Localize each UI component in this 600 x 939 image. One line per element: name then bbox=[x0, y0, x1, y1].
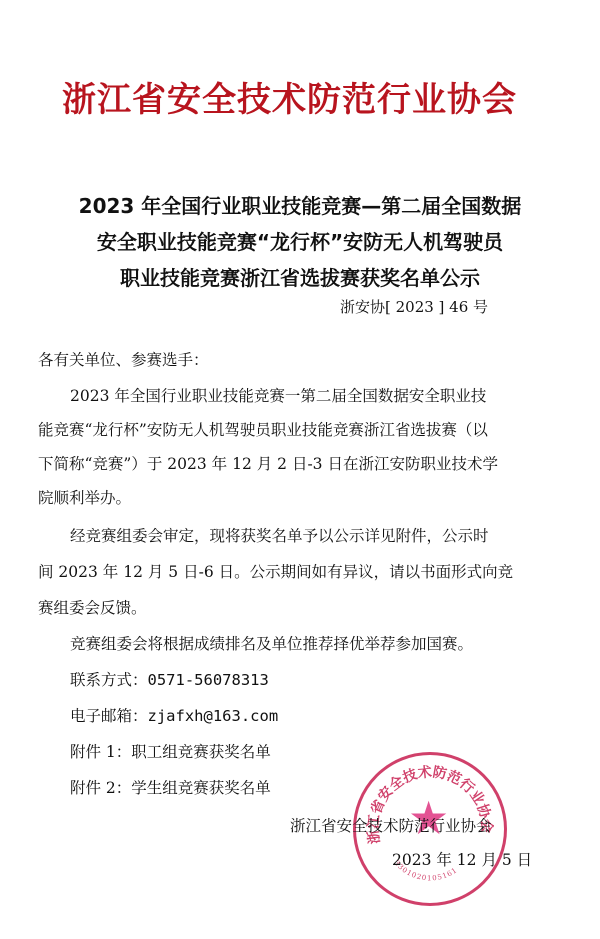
title-line-3: 职业技能竞赛浙江省选拔赛获奖名单公示 bbox=[0, 262, 600, 291]
body-line: 院顺利举办。 bbox=[38, 486, 131, 508]
body-line: 间 2023 年 12 月 5 日-6 日。公示期间如有异议，请以书面形式向竞 bbox=[38, 560, 513, 582]
signature-date: 2023 年 12 月 5 日 bbox=[392, 848, 532, 870]
body-line: 2023 年全国行业职业技能竞赛一第二届全国数据安全职业技 bbox=[70, 384, 486, 406]
document-number: 浙安协[ 2023 ] 46 号 bbox=[340, 296, 488, 317]
email-label: 电子邮箱： bbox=[70, 707, 148, 725]
attachment-2: 附件 2：学生组竞赛获奖名单 bbox=[70, 776, 271, 798]
phone-label: 联系方式： bbox=[70, 671, 148, 689]
body-line: 能竞赛“龙行杯”安防无人机驾驶员职业技能竞赛浙江省选拔赛（以 bbox=[38, 418, 488, 440]
body-line: 经竞赛组委会审定，现将获奖名单予以公示详见附件，公示时 bbox=[70, 524, 489, 546]
title-line-1: 2023 年全国行业职业技能竞赛—第二届全国数据 bbox=[0, 190, 600, 219]
title-line-2: 安全职业技能竞赛“龙行杯”安防无人机驾驶员 bbox=[0, 226, 600, 255]
letterhead-title: 浙江省安全技术防范行业协会 bbox=[62, 72, 517, 121]
phone-number: 0571-56078313 bbox=[148, 671, 269, 689]
body-line: 竞赛组委会将根据成绩排名及单位推荐择优举荐参加国赛。 bbox=[70, 632, 473, 654]
salutation: 各有关单位、参赛选手： bbox=[38, 348, 209, 370]
email-address: zjafxh@163.com bbox=[148, 707, 279, 725]
body-line: 下简称“竞赛”）于 2023 年 12 月 2 日-3 日在浙江安防职业技术学 bbox=[38, 452, 498, 474]
contact-email: 电子邮箱：zjafxh@163.com bbox=[70, 704, 278, 726]
attachment-1: 附件 1：职工组竞赛获奖名单 bbox=[70, 740, 271, 762]
body-line: 赛组委会反馈。 bbox=[38, 596, 147, 618]
signature-org: 浙江省安全技术防范行业协会 bbox=[290, 814, 492, 836]
contact-phone: 联系方式：0571-56078313 bbox=[70, 668, 269, 690]
